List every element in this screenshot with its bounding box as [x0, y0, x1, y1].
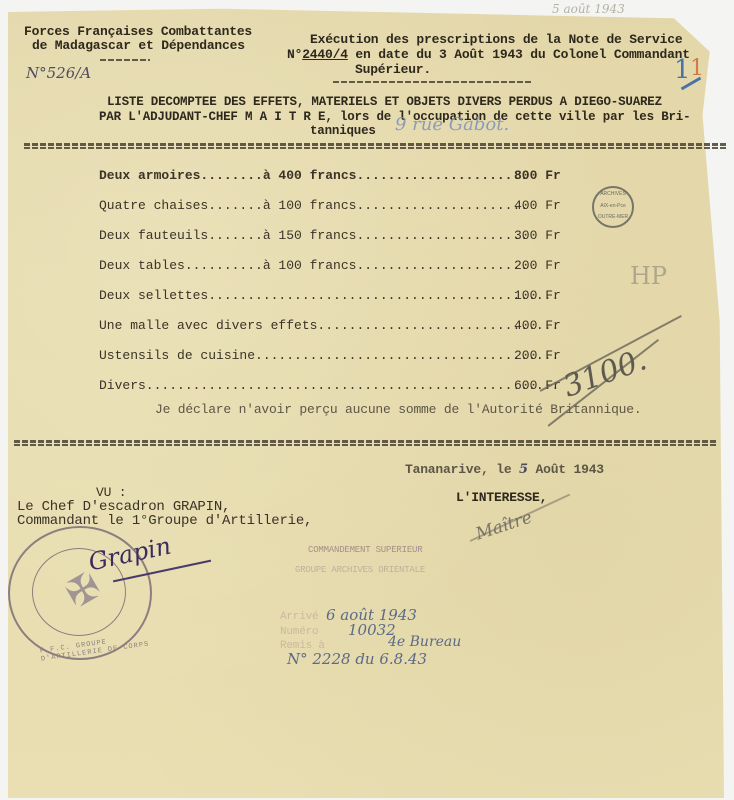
- header-left-underline: [100, 59, 150, 61]
- item-row: Deux sellettes..........................…: [99, 288, 559, 303]
- title-separator: [24, 143, 726, 146]
- registry-remis-value: 4e Bureau: [388, 634, 461, 650]
- item-row: Quatre chaises.......à 100 francs.......…: [99, 198, 528, 213]
- archive-stamp: ARCHIVES AIX-en-Pce OUTRE-MER: [592, 186, 634, 228]
- header-left-line1: Forces Françaises Combattantes: [24, 24, 252, 39]
- place-date: Tananarive, le 5 Août 1943: [405, 462, 604, 477]
- registry-header2: GROUPE ARCHIVES ORIENTALE: [295, 565, 425, 575]
- item-row: Deux fauteuils.......à 150 francs.......…: [99, 228, 528, 243]
- header-right-line2: N°2440/4 en date du 3 Août 1943 du Colon…: [287, 47, 690, 62]
- vu-label: VU :: [96, 485, 126, 500]
- pencil-initials: HP: [630, 262, 667, 290]
- header-left-line2: de Madagascar et Dépendances: [32, 38, 245, 53]
- item-row: Divers..................................…: [99, 378, 559, 393]
- item-row: Deux tables..........à 100 francs.......…: [99, 258, 528, 273]
- title-line1: LISTE DECOMPTEE DES EFFETS, MATERIELS ET…: [107, 95, 662, 109]
- item-row: Une malle avec divers effets............…: [99, 318, 559, 333]
- registry-numero-label: Numéro: [280, 626, 318, 638]
- note-number: 2440/4: [302, 47, 348, 62]
- registry-arrive-label: Arrivé: [280, 611, 318, 623]
- registry-footer: N° 2228 du 6.8.43: [287, 650, 427, 668]
- handwritten-address: 9 rue Gabot.: [395, 114, 509, 135]
- footer-separator: [14, 440, 718, 443]
- item-row: Ustensils de cuisine....................…: [99, 348, 559, 363]
- signatory-line2: Commandant le 1°Groupe d'Artillerie,: [17, 513, 312, 529]
- registry-header1: COMMANDEMENT SUPERIEUR: [308, 545, 422, 555]
- title-line3: tanniques: [310, 124, 376, 138]
- header-right-line3: Supérieur.: [355, 62, 431, 77]
- handwritten-reference: N°526/A: [26, 64, 91, 82]
- interesse-label: L'INTERESSE,: [456, 490, 547, 505]
- header-right-underline: [333, 81, 533, 83]
- item-row: Deux armoires........à 400 francs.......…: [99, 168, 528, 183]
- pencil-date-note: 5 août 1943: [552, 2, 625, 16]
- folio-blue: 1: [674, 55, 691, 85]
- header-right-line1: Exécution des prescriptions de la Note d…: [310, 32, 682, 47]
